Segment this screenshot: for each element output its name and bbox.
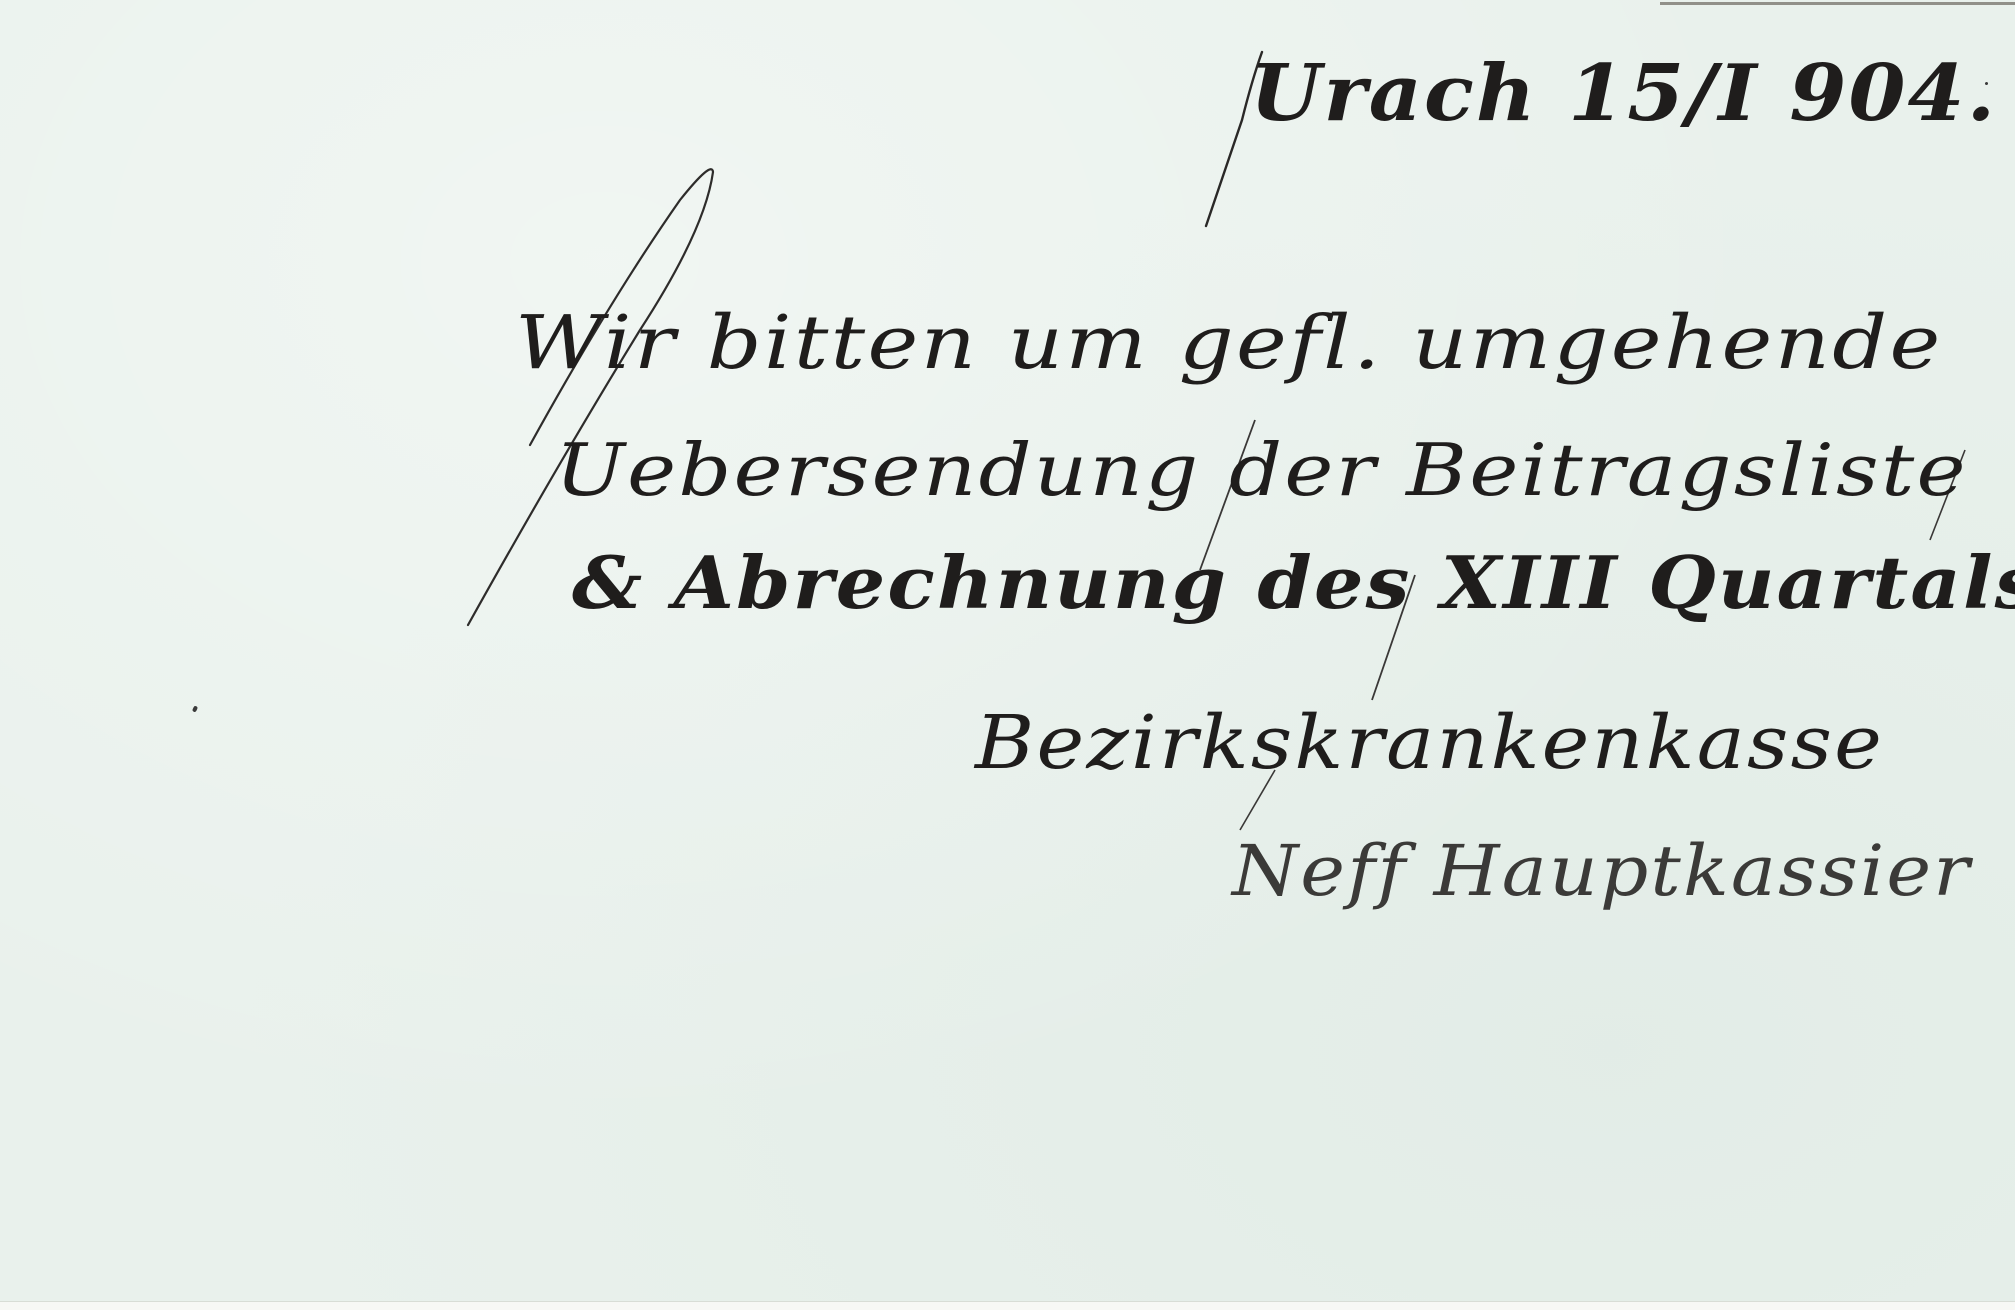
paper-speck	[192, 705, 198, 712]
pen-flourishes	[0, 0, 2015, 1310]
card-top-edge	[1660, 2, 2015, 5]
signature-signer: Neff Hauptkassier	[1232, 830, 1972, 912]
body-line-2: Uebersendung der Beitragsliste	[555, 428, 1968, 512]
postcard: Urach 15/I 904. Wir bitten um gefl. umge…	[0, 0, 2015, 1310]
signature-organization: Bezirkskrankenkasse	[975, 700, 1884, 786]
body-line-1: Wir bitten um gefl. umgehende	[515, 300, 1943, 386]
body-line-3: & Abrechnung des XIII Quartals.	[572, 540, 2015, 625]
card-bottom-edge	[0, 1301, 2015, 1310]
place-date: Urach 15/I 904.	[1250, 48, 1997, 139]
